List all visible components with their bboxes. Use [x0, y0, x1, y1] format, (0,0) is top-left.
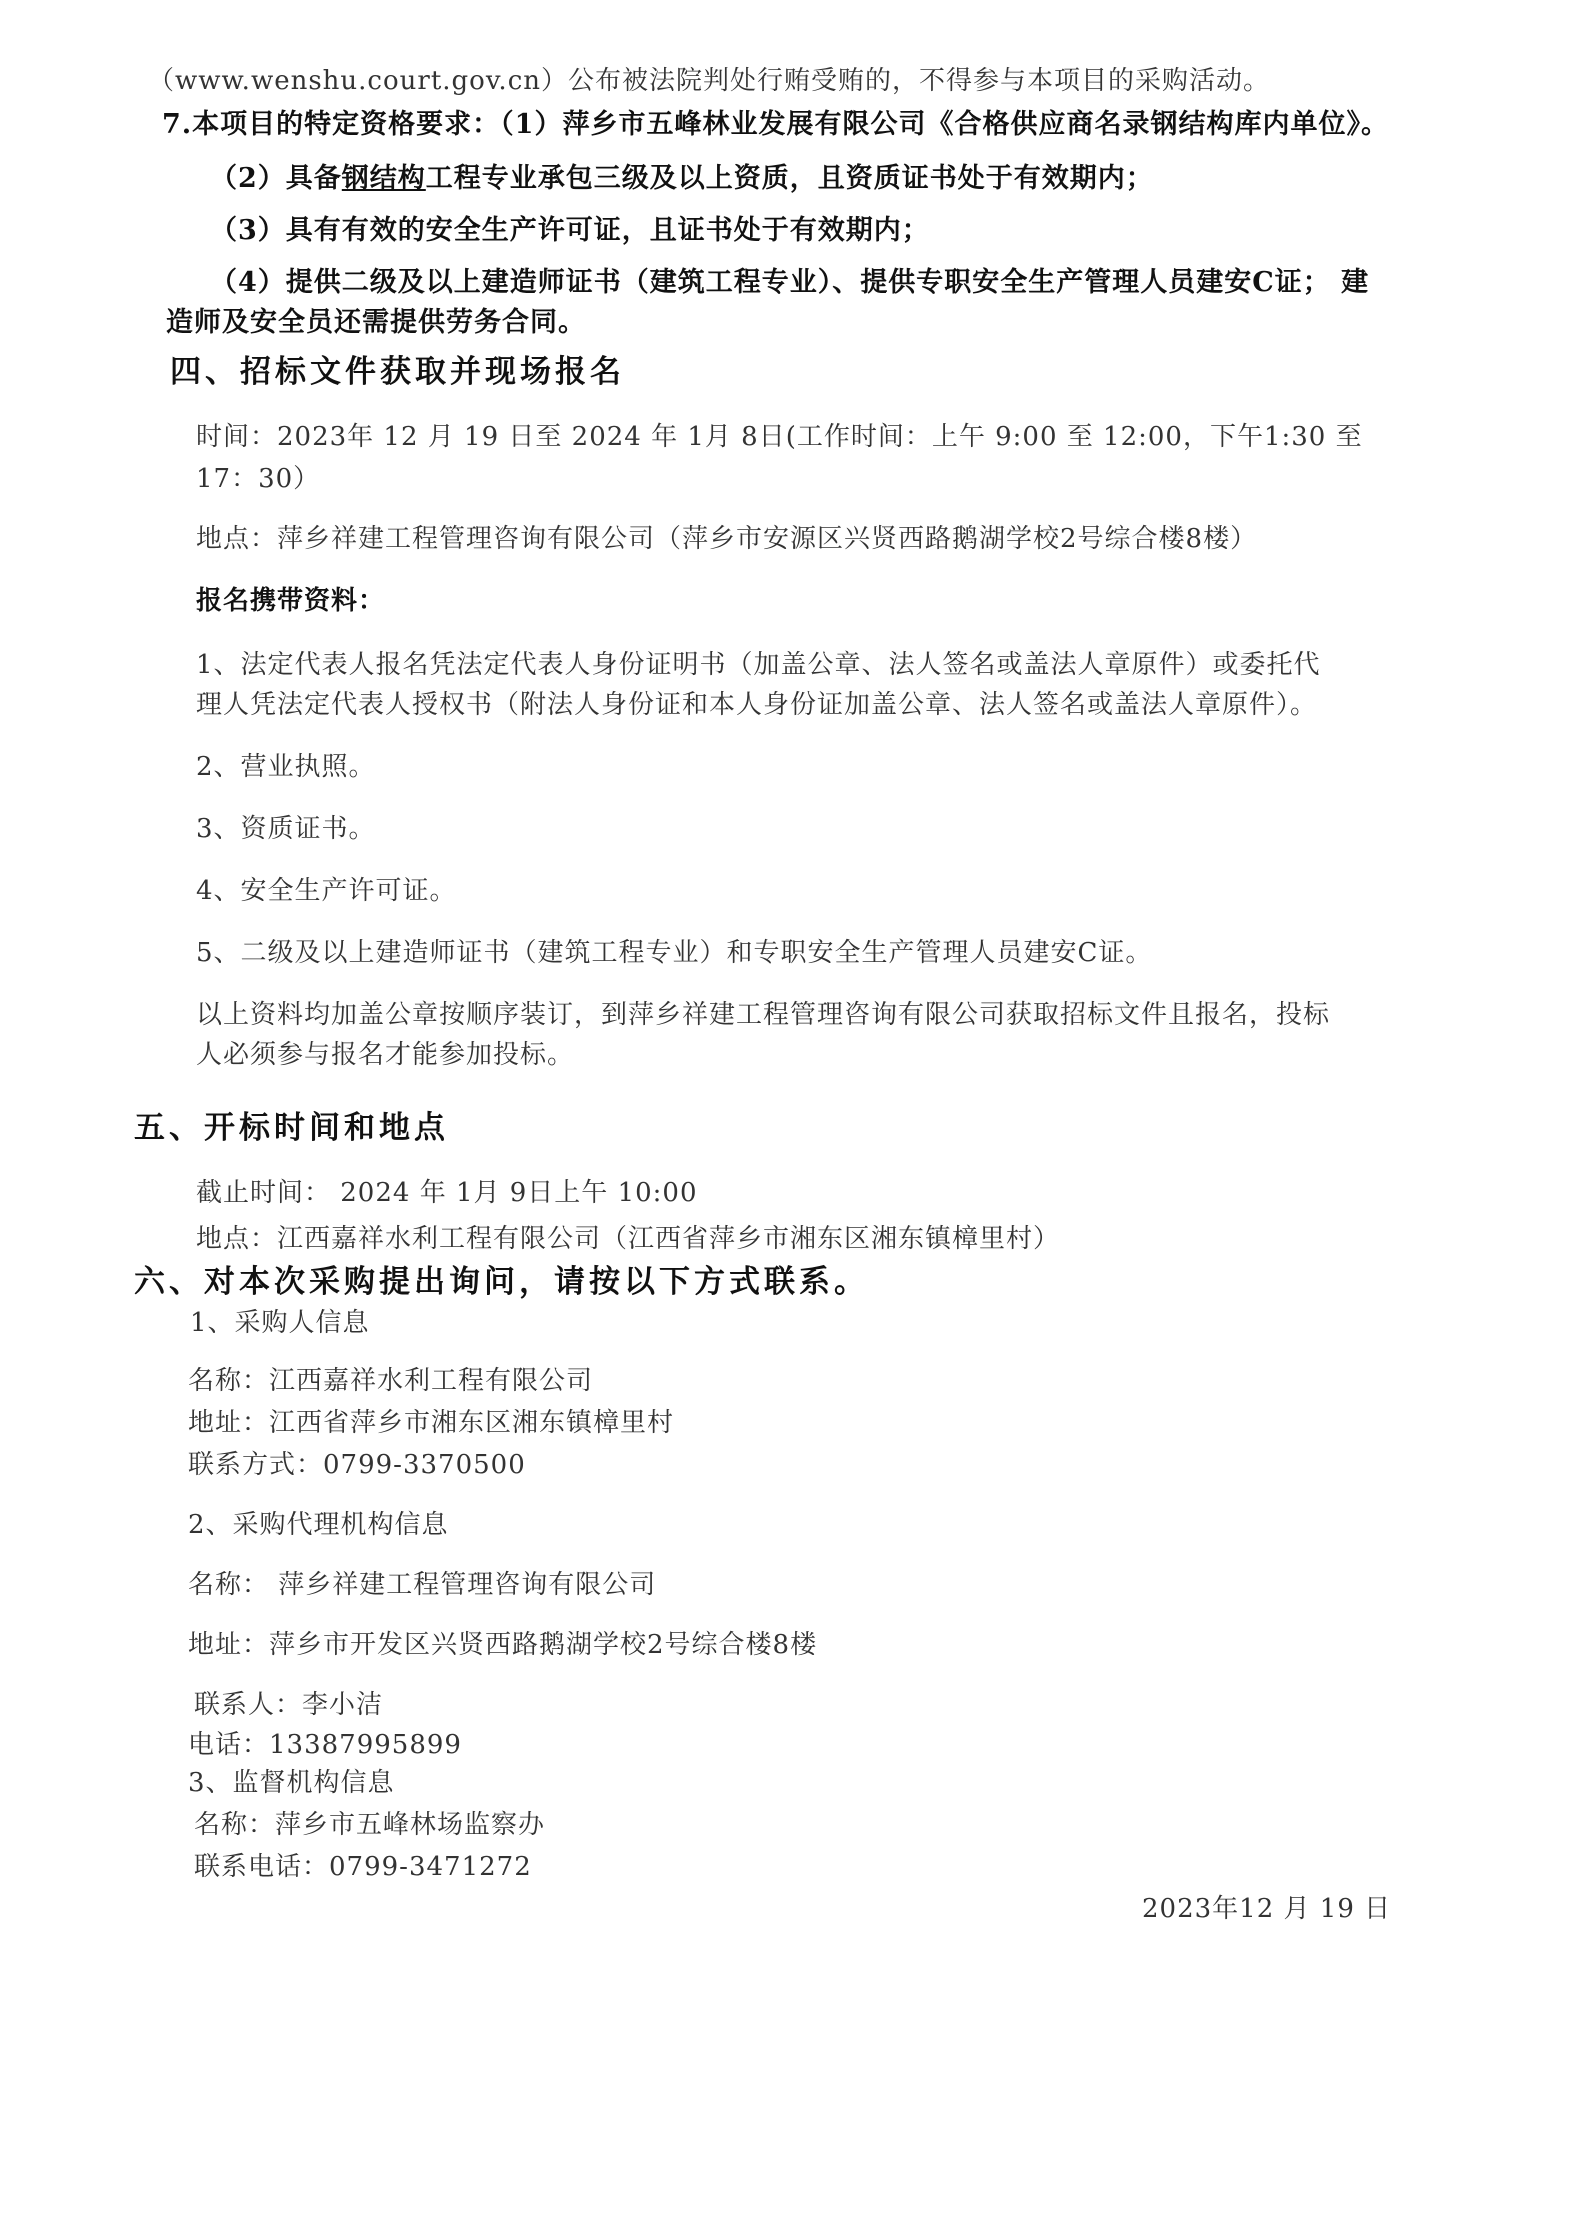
- req2-suffix: 工程专业承包三级及以上资质，且资质证书处于有效期内；: [426, 163, 1154, 194]
- material-3: 3、资质证书。: [196, 812, 376, 846]
- req2-prefix: （2）具备: [210, 163, 342, 194]
- materials-note-line2: 人必须参与报名才能参加投标。: [196, 1038, 574, 1072]
- agency-phone: 电话：13387995899: [188, 1728, 462, 1762]
- supervisor-phone: 联系电话：0799-3471272: [194, 1850, 532, 1884]
- agency-title: 2、采购代理机构信息: [188, 1508, 449, 1542]
- supervisor-name: 名称：萍乡市五峰林场监察办: [194, 1808, 545, 1842]
- material-4: 4、安全生产许可证。: [196, 874, 457, 908]
- material-1-line2: 理人凭法定代表人授权书（附法人身份证和本人身份证加盖公章、法人签名或盖法人章原件…: [196, 688, 1317, 722]
- item7-req2: （2）具备钢结构工程专业承包三级及以上资质，且资质证书处于有效期内；: [210, 162, 1154, 196]
- materials-title: 报名携带资料：: [196, 584, 385, 618]
- section4-time-line2: 17：30）: [196, 462, 320, 496]
- section5-deadline: 截止时间： 2024 年 1月 9日上午 10:00: [196, 1176, 698, 1210]
- purchaser-title: 1、采购人信息: [190, 1306, 370, 1340]
- material-5: 5、二级及以上建造师证书（建筑工程专业）和专职安全生产管理人员建安C证。: [196, 936, 1152, 970]
- section4-location: 地点：萍乡祥建工程管理咨询有限公司（萍乡市安源区兴贤西路鹅湖学校2号综合楼8楼）: [196, 522, 1257, 556]
- purchaser-contact: 联系方式：0799-3370500: [188, 1448, 526, 1482]
- item7-req4-line2: 造师及安全员还需提供劳务合同。: [166, 306, 586, 340]
- agency-contact-person: 联系人：李小洁: [194, 1688, 383, 1722]
- section6-heading: 六、对本次采购提出询问，请按以下方式联系。: [134, 1262, 869, 1302]
- item7-title: 7.本项目的特定资格要求：（1）萍乡市五峰林业发展有限公司《合格供应商名录钢结构…: [162, 108, 1389, 142]
- intro-line: （www.wenshu.court.gov.cn）公布被法院判处行贿受贿的，不得…: [148, 64, 1270, 98]
- section5-location: 地点：江西嘉祥水利工程有限公司（江西省萍乡市湘东区湘东镇樟里村）: [196, 1222, 1060, 1256]
- materials-note-line1: 以上资料均加盖公章按顺序装订，到萍乡祥建工程管理咨询有限公司获取招标文件且报名，…: [196, 998, 1330, 1032]
- agency-address: 地址：萍乡市开发区兴贤西路鹅湖学校2号综合楼8楼: [188, 1628, 817, 1662]
- item7-req4-line1: （4）提供二级及以上建造师证书（建筑工程专业）、提供专职安全生产管理人员建安C证…: [210, 266, 1369, 300]
- purchaser-address: 地址：江西省萍乡市湘东区湘东镇樟里村: [188, 1406, 674, 1440]
- section4-heading: 四、招标文件获取并现场报名: [170, 352, 625, 392]
- req2-underlined: 钢结构: [342, 163, 426, 194]
- material-1-line1: 1、法定代表人报名凭法定代表人身份证明书（加盖公章、法人签名或盖法人章原件）或委…: [196, 648, 1321, 682]
- purchaser-name: 名称：江西嘉祥水利工程有限公司: [188, 1364, 593, 1398]
- item7-req3: （3）具有有效的安全生产许可证，且证书处于有效期内；: [210, 214, 930, 248]
- document-date: 2023年12 月 19 日: [1142, 1892, 1391, 1926]
- material-2: 2、营业执照。: [196, 750, 376, 784]
- section4-time-line1: 时间：2023年 12 月 19 日至 2024 年 1月 8日(工作时间：上午…: [196, 420, 1363, 454]
- section5-heading: 五、开标时间和地点: [134, 1108, 449, 1148]
- agency-name: 名称： 萍乡祥建工程管理咨询有限公司: [188, 1568, 656, 1602]
- supervisor-title: 3、监督机构信息: [188, 1766, 395, 1800]
